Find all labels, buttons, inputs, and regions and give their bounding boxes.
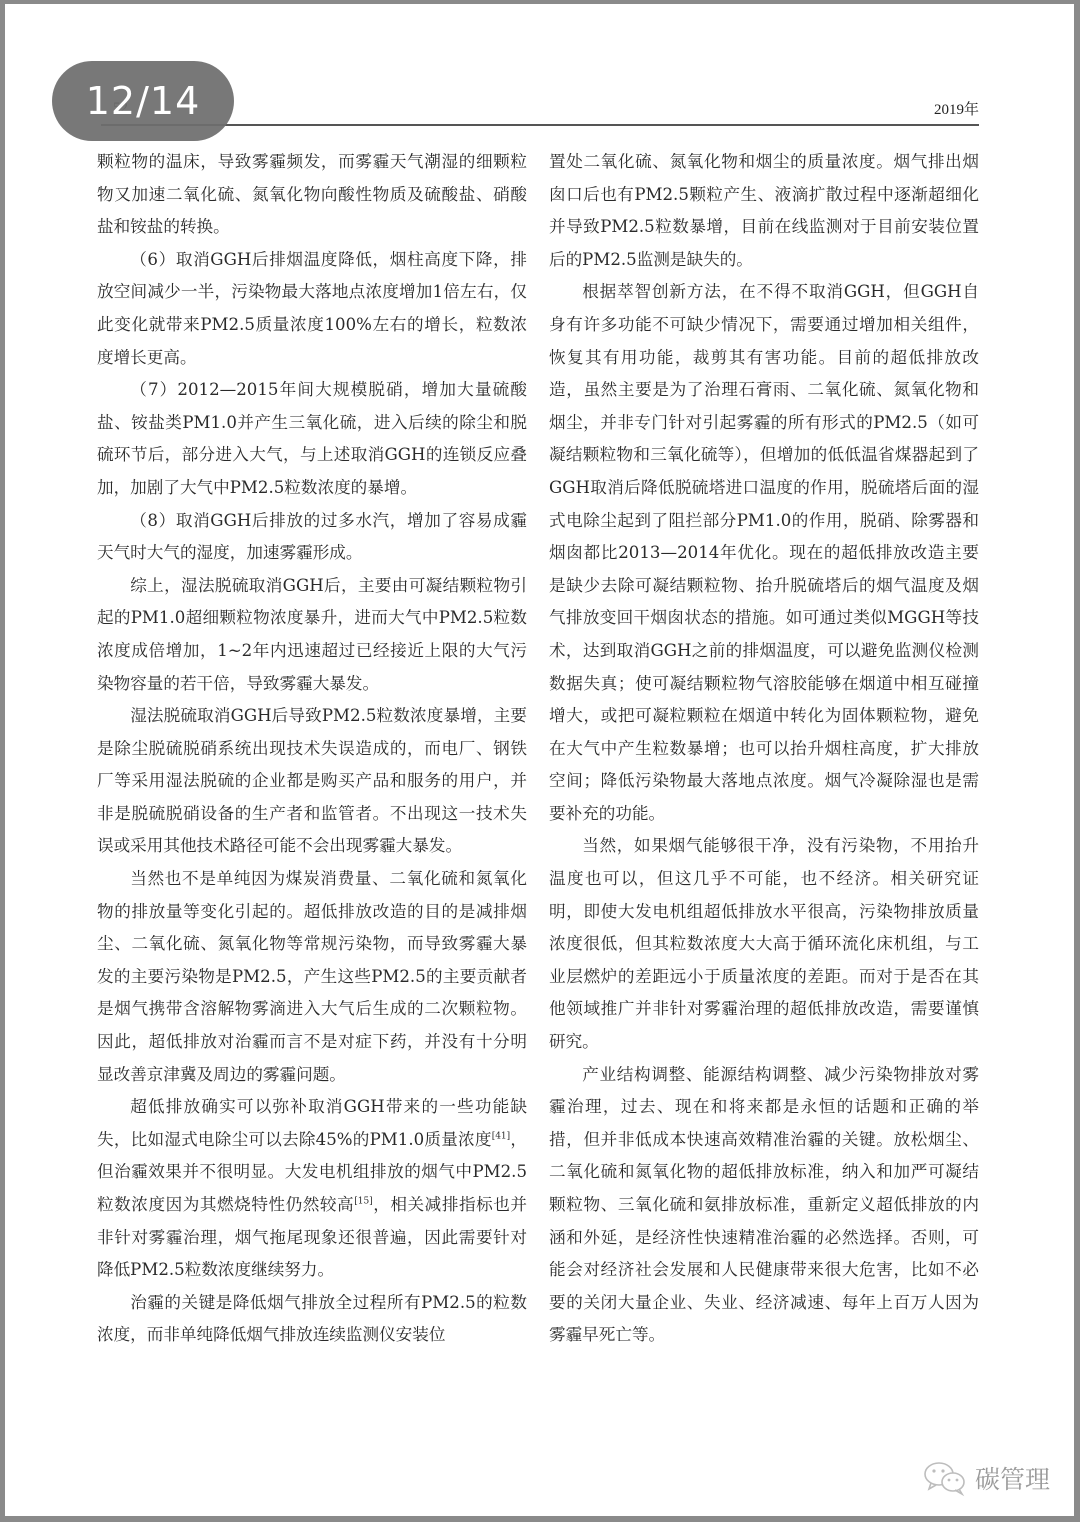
paragraph: 根据萃智创新方法，在不得不取消GGH，但GGH自身有许多功能不可缺少情况下，需要… — [549, 276, 979, 830]
paragraph: 产业结构调整、能源结构调整、减少污染物排放对雾霾治理，过去、现在和将来都是永恒的… — [549, 1059, 979, 1352]
page-indicator: 12/14 — [52, 61, 234, 141]
paragraph: 当然，如果烟气能够很干净，没有污染物，不用抬升温度也可以，但这几乎不可能，也不经… — [549, 830, 979, 1058]
citation-ref[interactable]: [15] — [354, 1196, 372, 1206]
paragraph: （6）取消GGH后排烟温度降低，烟柱高度下降，排放空间减少一半，污染物最大落地点… — [97, 244, 527, 374]
wechat-icon — [923, 1459, 967, 1497]
citation-ref[interactable]: [41] — [492, 1131, 510, 1141]
right-column: 置处二氧化硫、氮氧化物和烟尘的质量浓度。烟气排出烟囱口后也有PM2.5颗粒产生、… — [549, 146, 979, 1352]
paragraph-text: 超低排放确实可以弥补取消GGH带来的一些功能缺失，比如湿式电除尘可以去除45%的… — [97, 1097, 527, 1149]
paragraph: （8）取消GGH后排放的过多水汽，增加了容易成霾天气时大气的湿度，加速雾霾形成。 — [97, 505, 527, 570]
watermark: 碳管理 — [923, 1456, 1050, 1500]
document-page: 52 2019年 颗粒物的温床，导致雾霾频发，而雾霾天气潮湿的细颗粒物又加速二氧… — [5, 4, 1074, 1516]
paragraph: 颗粒物的温床，导致雾霾频发，而雾霾天气潮湿的细颗粒物又加速二氧化硫、氮氧化物向酸… — [97, 146, 527, 244]
watermark-label: 碳管理 — [975, 1460, 1050, 1496]
paragraph: 当然也不是单纯因为煤炭消费量、二氧化硫和氮氧化物的排放量等变化引起的。超低排放改… — [97, 863, 527, 1091]
paragraph: 置处二氧化硫、氮氧化物和烟尘的质量浓度。烟气排出烟囱口后也有PM2.5颗粒产生、… — [549, 146, 979, 276]
left-column: 颗粒物的温床，导致雾霾频发，而雾霾天气潮湿的细颗粒物又加速二氧化硫、氮氧化物向酸… — [97, 146, 527, 1352]
journal-year: 2019年 — [934, 98, 979, 119]
paragraph: 超低排放确实可以弥补取消GGH带来的一些功能缺失，比如湿式电除尘可以去除45%的… — [97, 1091, 527, 1287]
paragraph: 综上，湿法脱硫取消GGH后，主要由可凝结颗粒物引起的PM1.0超细颗粒物浓度暴升… — [97, 570, 527, 700]
paragraph: 治霾的关键是降低烟气排放全过程所有PM2.5的粒数浓度，而非单纯降低烟气排放连续… — [97, 1287, 527, 1352]
paragraph: （7）2012—2015年间大规模脱硝，增加大量硫酸盐、铵盐类PM1.0并产生三… — [97, 374, 527, 504]
paragraph: 湿法脱硫取消GGH后导致PM2.5粒数浓度暴增，主要是除尘脱硫脱硝系统出现技术失… — [97, 700, 527, 863]
